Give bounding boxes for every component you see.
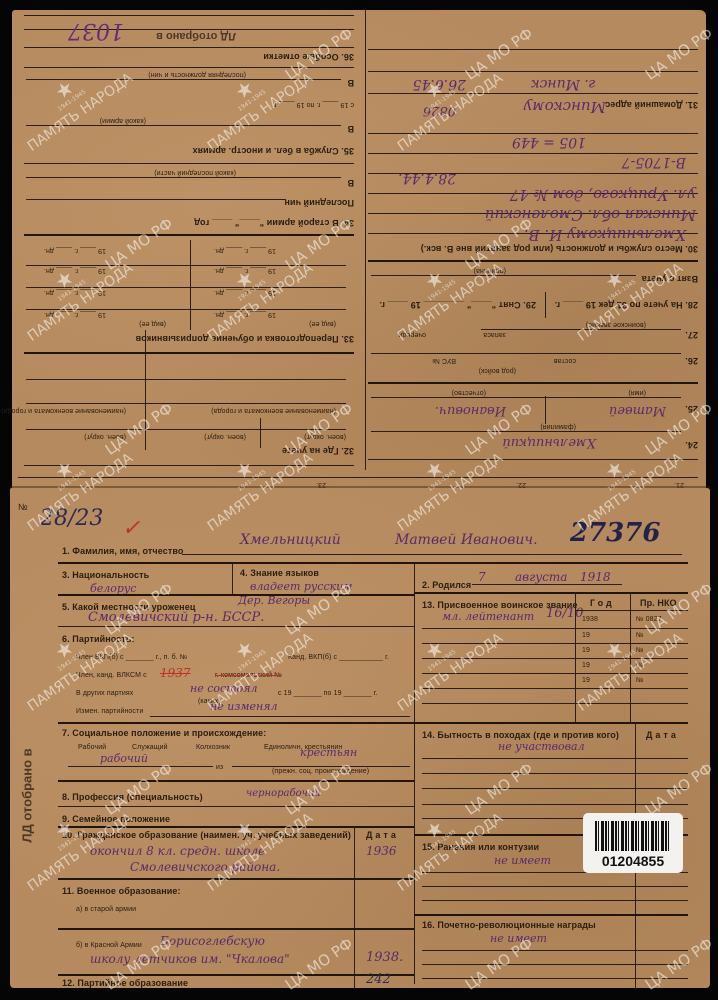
- field-16-label: 16. Почетно-революционные награды: [422, 920, 596, 930]
- side-stamp: ЛД отобрано в: [20, 748, 35, 842]
- divider: [24, 234, 354, 236]
- divider: [24, 465, 354, 466]
- divider: [414, 914, 688, 916]
- divider: [24, 47, 354, 48]
- divider: [58, 878, 414, 880]
- field-12-margin-note: 242: [366, 972, 391, 987]
- field-removed-sub: (причина): [474, 267, 506, 274]
- field-10-value-1: окончил 8 кл. средн. школе: [90, 844, 265, 858]
- field-25-name: Матвей: [609, 403, 666, 418]
- field-26-label: 26.: [685, 356, 698, 366]
- divider: [260, 418, 261, 448]
- divider: [58, 594, 414, 596]
- divider: [422, 673, 688, 674]
- field-25-sub-name: (имя): [628, 389, 646, 396]
- divider: [422, 964, 688, 965]
- field-32-sub-1: (воен. округ): [304, 433, 346, 440]
- field-1-label: 1. Фамилия, имя, отчество: [62, 546, 183, 556]
- field-6-vlksm-year: 1937: [160, 666, 191, 680]
- field-6-other-parties-value: не состоял: [190, 682, 258, 695]
- field-33-row: 19 ____ г. ____ дн.: [44, 311, 106, 318]
- divider: [368, 260, 698, 262]
- field-27-label: 27.: [685, 330, 698, 340]
- field-2-label: 2. Родился: [422, 580, 471, 590]
- divider: [58, 562, 688, 564]
- field-6-party-change-value: не изменял: [210, 700, 278, 713]
- column-divider: [365, 10, 366, 470]
- field-6-vlksm-suffix: г. комсомольский №: [215, 672, 282, 679]
- divider: [414, 722, 688, 724]
- field-7-col-employee: Служащий: [132, 744, 168, 751]
- divider: [26, 79, 341, 80]
- divider: [58, 626, 414, 627]
- field-14-date-header: Дата: [646, 730, 679, 740]
- field-24-surname: Хмельницкий: [502, 435, 596, 450]
- field-26-vus: ВУС №: [432, 357, 456, 364]
- field-24-sub: (фамилия): [540, 423, 576, 430]
- field-7-value-to: крестьян: [300, 746, 357, 759]
- field-30-date: 28.4.44.: [398, 170, 456, 186]
- divider: [190, 240, 191, 330]
- personal-number: 27376: [570, 518, 660, 548]
- rank-row-order: №: [636, 647, 644, 654]
- field-5-value-2: Смолевичский р-н. БССР.: [88, 610, 264, 625]
- field-13-value: мл. лейтенант: [442, 610, 534, 623]
- divider: [368, 382, 698, 384]
- field-6-label: 6. Партийность:: [62, 634, 135, 644]
- divider: [58, 780, 414, 782]
- field-7-from-word: из: [216, 764, 223, 771]
- field-33-row: 19 ____ г. ____ дн.: [214, 267, 276, 274]
- divider: [414, 592, 688, 594]
- field-36-label: 36. Особые отметки: [263, 52, 354, 62]
- field-33-row: 19 ____ г. ____ дн.: [214, 311, 276, 318]
- divider: [150, 716, 410, 717]
- divider: [58, 826, 414, 828]
- field-13-col-order: Пр. НКО: [640, 598, 677, 608]
- divider: [422, 886, 688, 887]
- divider: [26, 125, 341, 126]
- field-33-row: 19 ____ г. ____ дн.: [44, 247, 106, 254]
- field-32-sub-5: (наименование военкомата и города): [1, 407, 126, 414]
- field-15-label: 15. Ранения или контузии: [422, 842, 539, 852]
- field-10-label: 10. Гражданское образование (наимен. уч.…: [62, 830, 351, 840]
- barcode-icon: [595, 821, 671, 851]
- field-35-sub: (последняя должность и чин): [148, 71, 246, 78]
- field-30-value-2: Минская обл. Смоленский: [485, 206, 696, 224]
- field-32-sub-4: (наименование военкомата и города): [211, 407, 336, 414]
- field-13-date-extra: 16/10: [546, 606, 583, 621]
- divider: [26, 379, 346, 380]
- divider: [58, 722, 414, 724]
- field-7-label: 7. Социальное положение и происхождение:: [62, 728, 266, 738]
- field-26-sub: (род войск): [479, 367, 516, 374]
- field-14-label: 14. Бытность в походах (где и против ког…: [422, 730, 619, 740]
- field-30-value-1: Хмельницкому И. В.: [524, 226, 686, 244]
- divider: [354, 826, 355, 988]
- field-7-value-from: рабочий: [100, 752, 148, 765]
- field-4-value: владеет русским: [250, 580, 352, 593]
- field-32-label: 32. Где на учете: [282, 446, 354, 456]
- archive-barcode-sticker: 01204855: [583, 813, 683, 873]
- divider: [368, 49, 698, 50]
- field-27-text: запаса: [483, 331, 506, 338]
- rank-row-year: 19: [582, 632, 590, 639]
- field-2-month: августа: [515, 570, 567, 584]
- field-34-label: 34. В старой армии "____" ____ год: [194, 218, 354, 228]
- field-25-label: 25.: [685, 404, 698, 414]
- field-28-label: 28. На учете по 31 дек 19 ____ г.: [555, 300, 698, 310]
- field-10-value-2: Смолевичского района.: [130, 860, 280, 874]
- field-13-col-year: Год: [590, 598, 615, 608]
- field-11-date: 1938.: [366, 950, 403, 965]
- divider: [26, 403, 346, 404]
- form-front-side: № 28/23 ✓ 1. Фамилия, имя, отчество Хмел…: [10, 488, 710, 988]
- divider: [24, 15, 354, 16]
- field-14-value: не участвовал: [498, 740, 585, 753]
- field-2-year: 1918: [580, 570, 611, 584]
- rank-row-order: №: [636, 677, 644, 684]
- field-33-row: 19 ____ г. ____ дн.: [214, 289, 276, 296]
- divider: [182, 554, 682, 555]
- divider: [58, 928, 414, 930]
- field-31-value-1: Минскому: [524, 98, 606, 116]
- divider: [26, 199, 286, 200]
- rotated-form-content: 21. 22. 23. 24. Хмельницкий (фамилия) 25…: [12, 10, 706, 490]
- divider: [422, 703, 688, 704]
- field-27-sub: (воинское звание): [586, 321, 646, 328]
- divider: [368, 459, 698, 460]
- field-8-value: чернорабочий: [246, 788, 321, 799]
- field-11-label: 11. Военное образование:: [62, 886, 181, 896]
- field-1-name-patronymic: Матвей Иванович.: [395, 532, 538, 548]
- field-34-last-rank: Последний чин: [284, 198, 354, 208]
- divider: [422, 788, 688, 789]
- field-2-day: 7: [478, 570, 486, 584]
- divider: [422, 900, 688, 901]
- field-30-ref: В-1705-7: [622, 154, 686, 170]
- field-25-sub-patronymic: (отчество): [452, 389, 486, 396]
- field-30-ref2: 105 = 449: [512, 134, 586, 150]
- divider: [414, 564, 415, 984]
- divider: [26, 287, 346, 288]
- field-6-vlksm: Член, канд. ВЛКСМ с: [76, 672, 147, 679]
- rank-row-year: 19: [582, 677, 590, 684]
- field-33-sub-2: (вид ее): [139, 320, 166, 327]
- field-4-label: 4. Знание языков: [240, 568, 319, 578]
- field-11-red-army-1: Борисоглебскую: [160, 934, 265, 948]
- field-27-queue: очереди: [398, 331, 426, 338]
- field-31-date: 26.6.45: [413, 76, 466, 92]
- divider: [232, 564, 233, 594]
- field-6-vkp-member: Член ВКП(б) с _______ г., п. б. №: [76, 654, 187, 661]
- field-3-label: 3. Национальность: [62, 570, 149, 580]
- rank-row-order: № 0827: [636, 616, 662, 623]
- rank-row-order: №: [636, 632, 644, 639]
- divider: [422, 978, 688, 979]
- field-29-label: 29. Снят "____" ________ 19 ____ г.: [379, 300, 536, 310]
- divider: [422, 688, 688, 689]
- field-7-col-kolkhoznik: Колхозник: [196, 744, 230, 751]
- divider: [145, 330, 146, 450]
- divider: [58, 974, 414, 976]
- divider: [422, 758, 688, 759]
- sheet-number: 28/23: [40, 506, 103, 531]
- field-33-sub: (вид ее): [309, 320, 336, 327]
- field-33-label: 33. Переподготовка и обучение допризывни…: [136, 334, 355, 344]
- field-34-sub: (какой последний части): [154, 169, 236, 176]
- divider: [232, 766, 410, 767]
- field-33-row: 19 ____ г. ____ дн.: [214, 247, 276, 254]
- rank-row-year: 19: [582, 662, 590, 669]
- field-26-text: состав: [554, 357, 576, 364]
- divider: [24, 352, 354, 354]
- field-25-patronymic: Иванович.: [435, 403, 506, 418]
- rank-row-order: №: [636, 662, 644, 669]
- field-24-label: 24.: [685, 440, 698, 450]
- field-7-col-worker: Рабочий: [78, 744, 106, 751]
- divider: [481, 329, 681, 330]
- divider: [68, 766, 213, 767]
- divider: [371, 431, 681, 432]
- divider: [368, 153, 698, 154]
- field-5-value-1: Дер. Вегоры: [238, 594, 310, 607]
- stamp-ld-taken: ЛД отобрано в: [156, 30, 236, 42]
- field-11-red-army: б) в Красной Армии: [76, 942, 142, 949]
- field-33-row: 19 ____ г. ____ дн.: [44, 267, 106, 274]
- barcode-number: 01204855: [583, 853, 683, 869]
- field-1-surname: Хмельницкий: [240, 532, 341, 548]
- divider: [368, 93, 698, 94]
- divider: [422, 773, 688, 774]
- field-35-label: 35. Служба в бел. и иностр. армиях: [192, 146, 354, 156]
- divider: [422, 643, 688, 644]
- divider: [472, 584, 622, 585]
- field-33-row: 19 ____ г. ____ дн.: [44, 289, 106, 296]
- field-31-code: 0826: [423, 103, 456, 118]
- field-32-sub-3: (воен. округ): [84, 433, 126, 440]
- field-11-red-army-2: школу летчиков им. "Чкалова": [90, 952, 290, 966]
- field-16-value: не имеет: [490, 932, 547, 945]
- rank-row-year: 19: [582, 647, 590, 654]
- divider: [422, 804, 688, 805]
- rank-row-year: 1938: [582, 616, 598, 623]
- field-30-value-3: ул. Урицкого, дом № 47: [510, 186, 696, 204]
- divider: [371, 275, 636, 276]
- field-6-other-parties: В других партиях: [76, 690, 133, 697]
- field-30-label: 30. Место службы и должность (или род за…: [421, 244, 698, 254]
- divider: [368, 133, 698, 134]
- red-checkmark: ✓: [122, 516, 140, 541]
- field-15-value: не имеет: [494, 854, 551, 867]
- field-31-label: 31. Домашний адрес: [605, 100, 698, 110]
- divider: [18, 477, 698, 478]
- field-32-sub-2: (воен. округ): [204, 433, 246, 440]
- divider: [26, 309, 346, 310]
- divider: [58, 806, 414, 807]
- form-back-side-upside-down: 21. 22. 23. 24. Хмельницкий (фамилия) 25…: [12, 10, 706, 490]
- field-9-label: 9. Семейное положение: [62, 814, 170, 824]
- field-7-sub: (прежн. соц. происхождение): [272, 768, 369, 775]
- divider: [422, 950, 688, 951]
- field-11-old-army: а) в старой армии: [76, 906, 136, 913]
- divider: [371, 353, 681, 354]
- field-removed-label: Взят с учета: [642, 274, 698, 284]
- divider: [26, 265, 346, 266]
- divider: [26, 429, 346, 430]
- field-6-vkp-candidate: Канд. ВКП(б) с ___________ г.: [288, 654, 389, 661]
- field-6-other-parties-range: с 19 _______ по 19 _______ г.: [278, 690, 377, 697]
- case-number-handwritten: 1037: [68, 18, 124, 43]
- field-35-range: с 19 ____ г. по 19 ____ г.: [273, 101, 354, 108]
- divider: [422, 658, 688, 659]
- divider: [422, 628, 688, 629]
- field-31-value-2: г. Минск: [531, 76, 596, 92]
- field-6-party-change: Измен. партийности: [76, 708, 143, 715]
- field-10-date: 1936: [366, 844, 397, 858]
- field-12-label: 12. Партийное образование: [62, 978, 188, 988]
- divider: [371, 397, 681, 398]
- corner-mark: №: [18, 502, 28, 512]
- divider: [545, 292, 546, 318]
- field-10-date-header: Дата: [366, 830, 399, 840]
- divider: [545, 396, 546, 424]
- divider: [24, 163, 354, 164]
- divider: [368, 71, 698, 72]
- divider: [26, 177, 341, 178]
- field-35-which: (какой армии): [100, 117, 146, 124]
- divider: [575, 610, 688, 611]
- divider: [24, 67, 354, 68]
- field-8-label: 8. Профессия (специальность): [62, 792, 203, 802]
